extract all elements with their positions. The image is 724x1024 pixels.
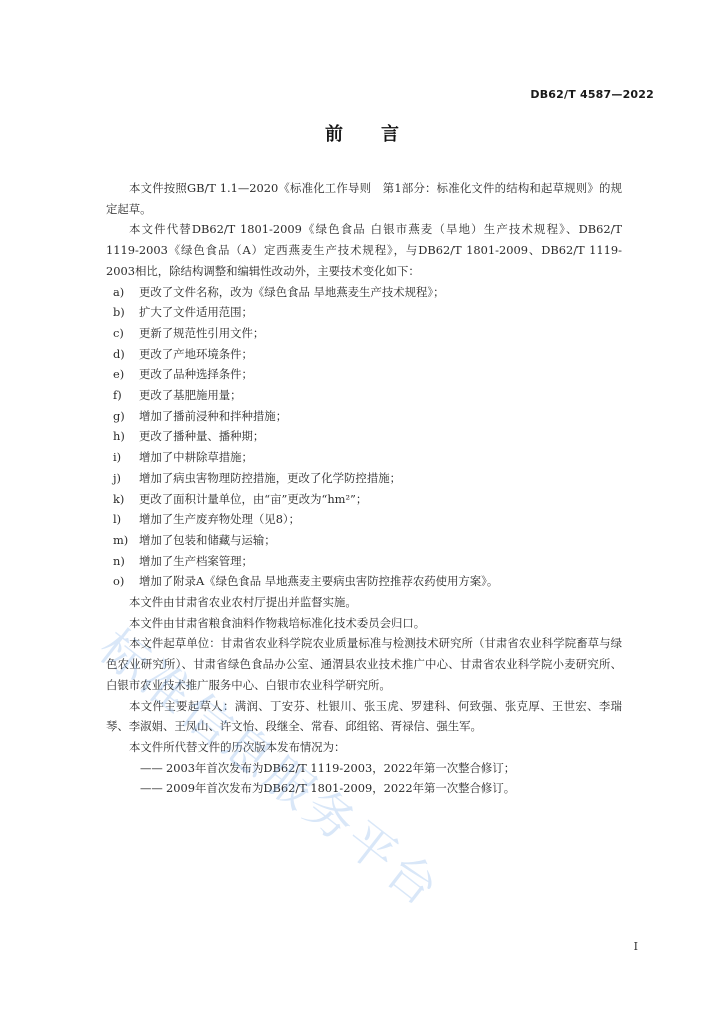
list-text: 更新了规范性引用文件； — [139, 323, 622, 344]
list-item: e)更改了品种选择条件； — [106, 364, 622, 385]
list-text: 增加了中耕除草措施； — [139, 447, 622, 468]
list-text: 增加了生产废弃物处理（见8）； — [139, 509, 622, 530]
list-marker: c) — [113, 323, 139, 344]
list-marker: a) — [113, 282, 139, 303]
list-item: g)增加了播前浸种和拌种措施； — [106, 406, 622, 427]
list-item: d)更改了产地环境条件； — [106, 344, 622, 365]
list-text: 更改了基肥施用量； — [139, 385, 622, 406]
list-text: 更改了品种选择条件； — [139, 364, 622, 385]
page-number: I — [634, 940, 638, 953]
list-item: l)增加了生产废弃物处理（见8）； — [106, 509, 622, 530]
list-text: 增加了包装和储藏与运输； — [139, 530, 622, 551]
list-text: 增加了附录A《绿色食品 旱地燕麦主要病虫害防控推荐农药使用方案》。 — [139, 571, 622, 592]
list-text: 更改了产地环境条件； — [139, 344, 622, 365]
foreword-body: 本文件按照GB/T 1.1—2020《标准化工作导则 第1部分：标准化文件的结构… — [106, 178, 622, 799]
list-item: b)扩大了文件适用范围； — [106, 302, 622, 323]
list-marker: o) — [113, 571, 139, 592]
paragraph-managed-by: 本文件由甘肃省粮食油料作物栽培标准化技术委员会归口。 — [106, 613, 622, 634]
list-text: 扩大了文件适用范围； — [139, 302, 622, 323]
list-marker: l) — [113, 509, 139, 530]
list-text: 2009年首次发布为DB62/T 1801-2009，2022年第一次整合修订。 — [166, 778, 622, 799]
list-marker: n) — [113, 551, 139, 572]
standard-code: DB62/T 4587—2022 — [530, 88, 654, 101]
paragraph-drafters: 本文件主要起草人：满润、丁安芬、杜银川、张玉虎、罗建科、何致强、张克厚、王世宏、… — [106, 696, 622, 737]
list-item: m)增加了包装和储藏与运输； — [106, 530, 622, 551]
list-marker: f) — [113, 385, 139, 406]
list-marker: k) — [113, 489, 139, 510]
list-text: 增加了病虫害物理防控措施，更改了化学防控措施； — [139, 468, 622, 489]
list-marker: —— — [140, 778, 166, 799]
list-text: 更改了文件名称，改为《绿色食品 旱地燕麦生产技术规程》； — [139, 282, 622, 303]
list-marker: i) — [113, 447, 139, 468]
list-marker: j) — [113, 468, 139, 489]
paragraph-drafting-rules: 本文件按照GB/T 1.1—2020《标准化工作导则 第1部分：标准化文件的结构… — [106, 178, 622, 219]
list-marker: e) — [113, 364, 139, 385]
list-item: ——2003年首次发布为DB62/T 1119-2003，2022年第一次整合修… — [106, 758, 622, 779]
list-item: h)更改了播种量、播种期； — [106, 426, 622, 447]
page-title: 前言 — [0, 120, 724, 146]
list-text: 增加了生产档案管理； — [139, 551, 622, 572]
list-item: a)更改了文件名称，改为《绿色食品 旱地燕麦生产技术规程》； — [106, 282, 622, 303]
list-text: 更改了面积计量单位，由“亩”更改为“hm²”； — [139, 489, 622, 510]
list-text: 2003年首次发布为DB62/T 1119-2003，2022年第一次整合修订； — [166, 758, 622, 779]
list-item: o)增加了附录A《绿色食品 旱地燕麦主要病虫害防控推荐农药使用方案》。 — [106, 571, 622, 592]
list-item: c)更新了规范性引用文件； — [106, 323, 622, 344]
list-item: ——2009年首次发布为DB62/T 1801-2009，2022年第一次整合修… — [106, 778, 622, 799]
paragraph-history-intro: 本文件所代替文件的历次版本发布情况为： — [106, 737, 622, 758]
list-marker: d) — [113, 344, 139, 365]
list-item: f)更改了基肥施用量； — [106, 385, 622, 406]
list-item: k)更改了面积计量单位，由“亩”更改为“hm²”； — [106, 489, 622, 510]
paragraph-drafting-units: 本文件起草单位：甘肃省农业科学院农业质量标准与检测技术研究所（甘肃省农业科学院畜… — [106, 633, 622, 695]
changes-list: a)更改了文件名称，改为《绿色食品 旱地燕麦生产技术规程》； b)扩大了文件适用… — [106, 282, 622, 593]
history-list: ——2003年首次发布为DB62/T 1119-2003，2022年第一次整合修… — [106, 758, 622, 799]
list-item: n)增加了生产档案管理； — [106, 551, 622, 572]
list-marker: m) — [113, 530, 139, 551]
list-item: j)增加了病虫害物理防控措施，更改了化学防控措施； — [106, 468, 622, 489]
list-marker: g) — [113, 406, 139, 427]
list-item: i)增加了中耕除草措施； — [106, 447, 622, 468]
paragraph-proposed-by: 本文件由甘肃省农业农村厅提出并监督实施。 — [106, 592, 622, 613]
document-page: DB62/T 4587—2022 前言 本文件按照GB/T 1.1—2020《标… — [0, 0, 724, 1024]
list-marker: h) — [113, 426, 139, 447]
list-marker: —— — [140, 758, 166, 779]
paragraph-replacement: 本文件代替DB62/T 1801-2009《绿色食品 白银市燕麦（旱地）生产技术… — [106, 219, 622, 281]
list-text: 更改了播种量、播种期； — [139, 426, 622, 447]
list-text: 增加了播前浸种和拌种措施； — [139, 406, 622, 427]
list-marker: b) — [113, 302, 139, 323]
